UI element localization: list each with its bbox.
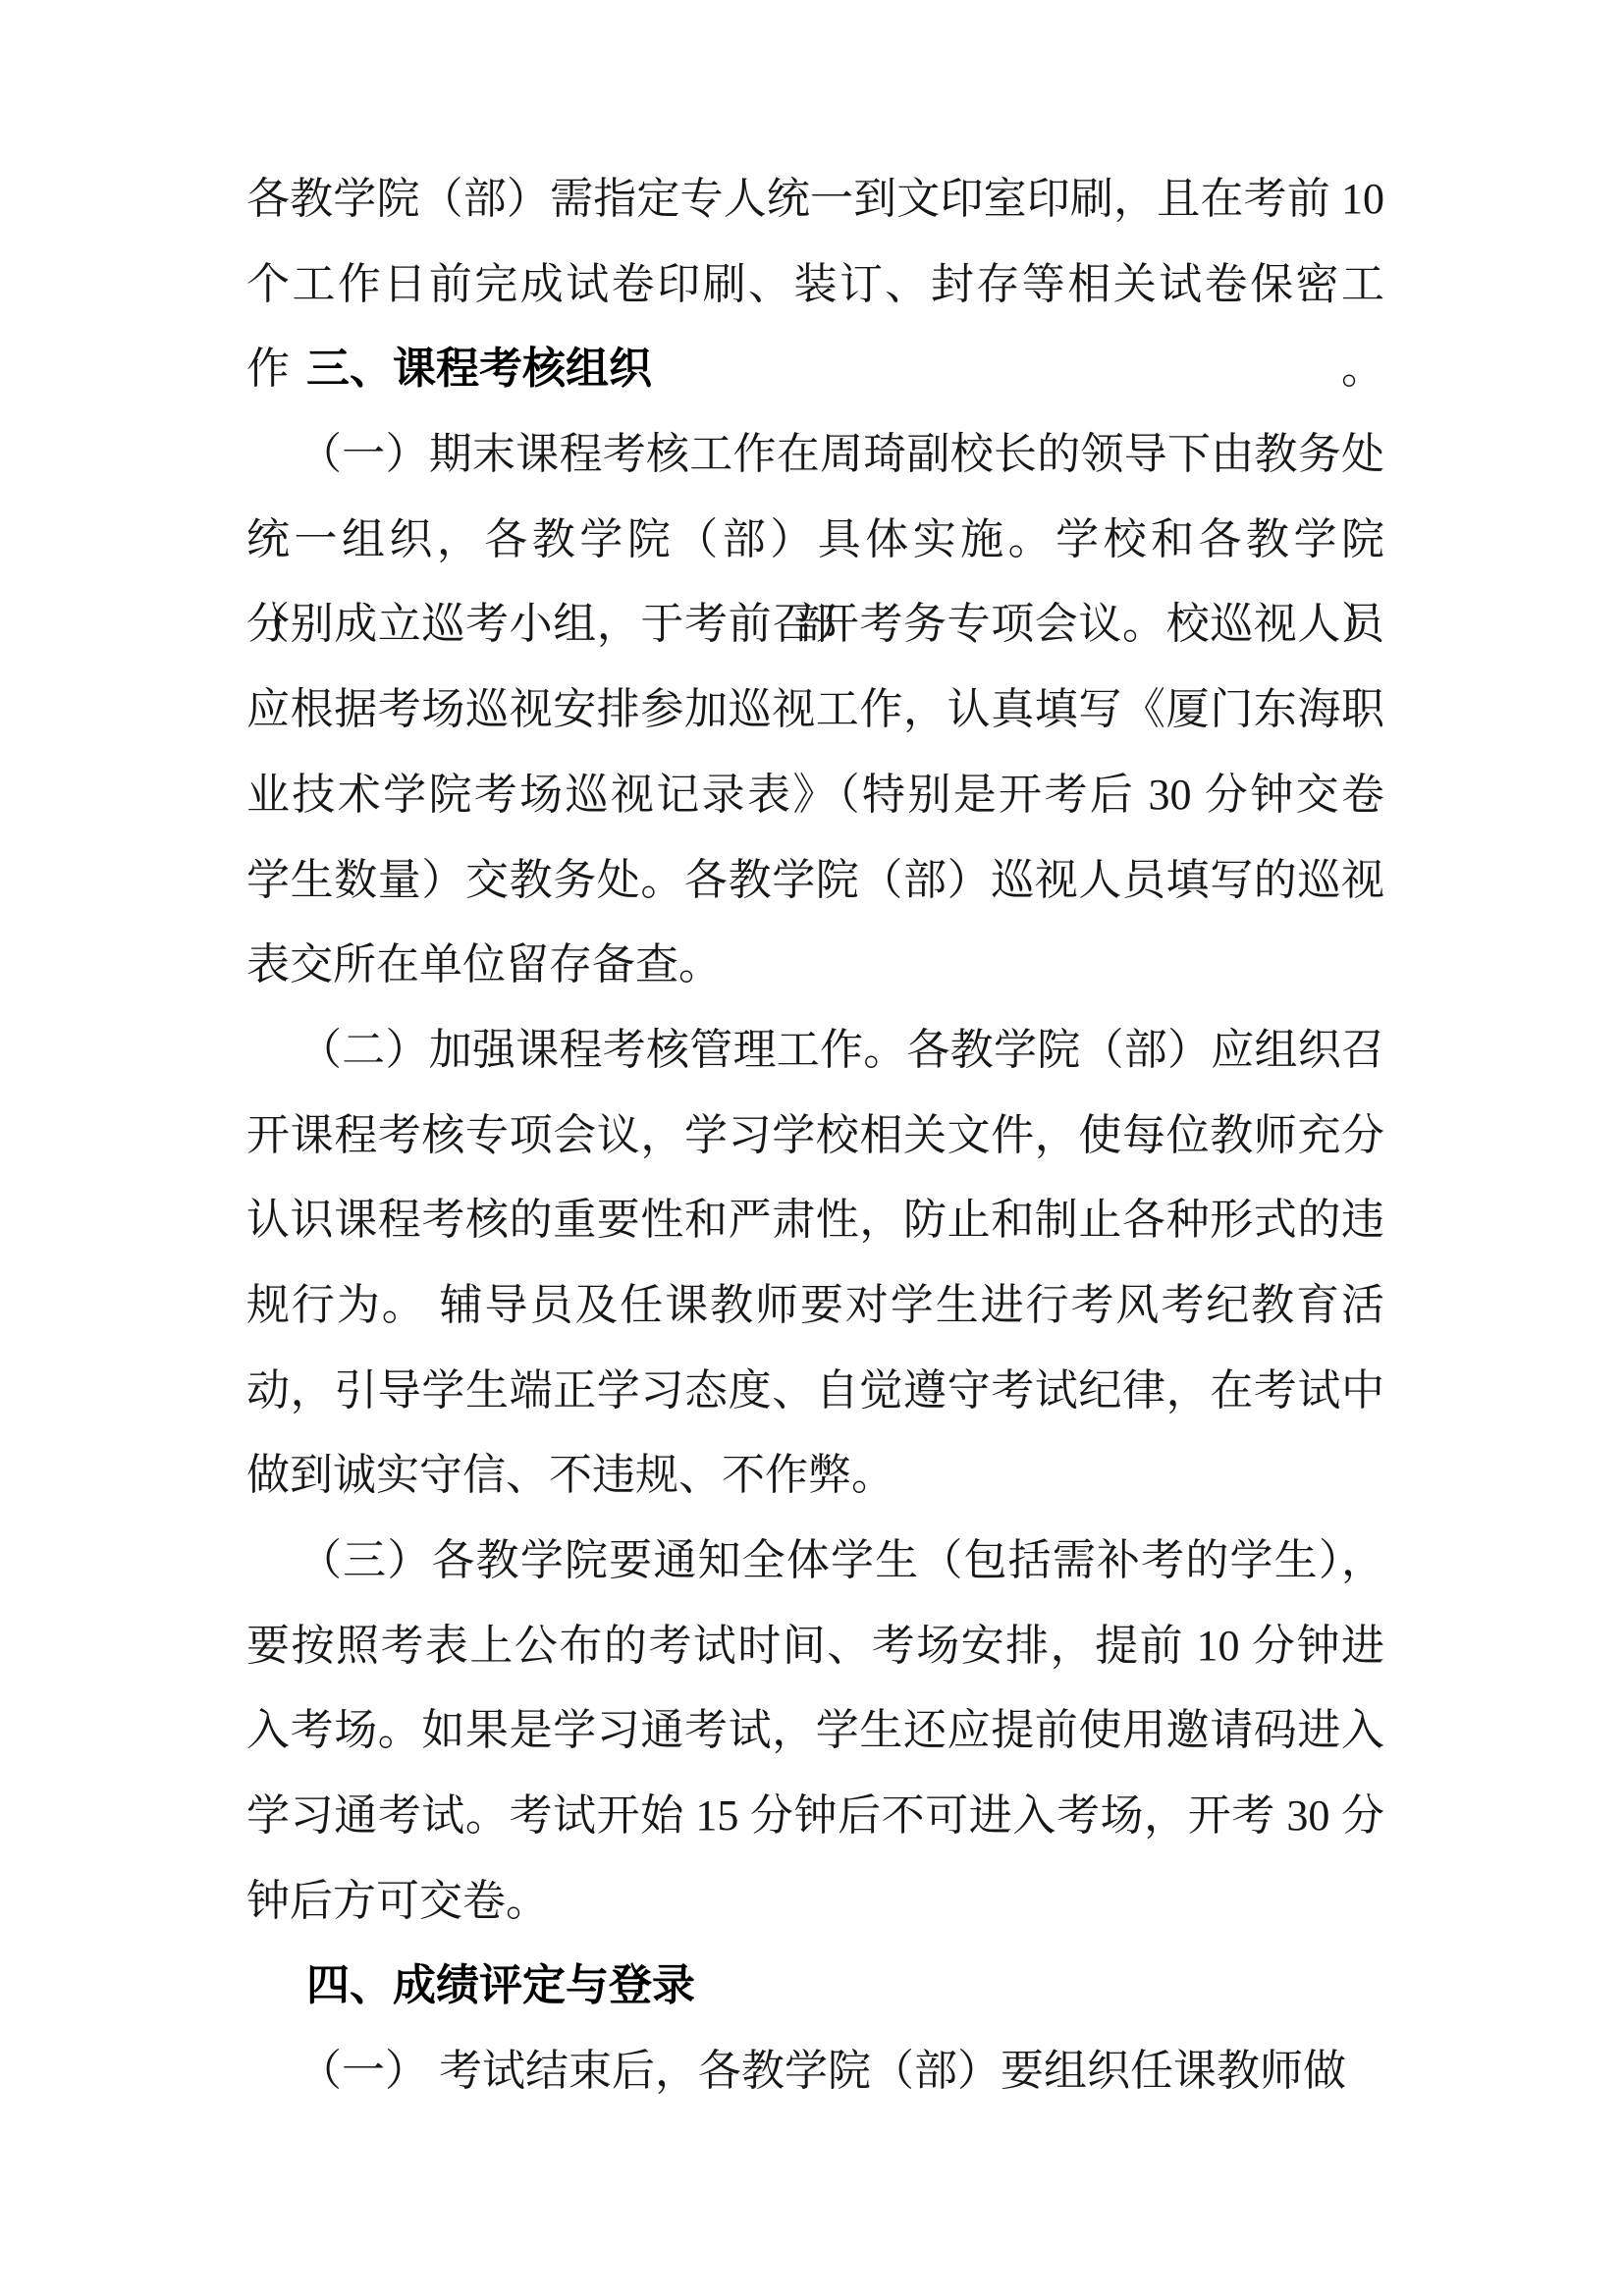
section-heading-4: 四、成绩评定与登录 [246,1944,1384,2029]
paragraph-line: 入考场。如果是学习通考试，学生还应提前使用邀请码进入 [246,1688,1384,1774]
paragraph-line: （三）各教学院要通知全体学生（包括需补考的学生）， [246,1519,1384,1604]
paragraph-line: 各教学院（部）需指定专人统一到文印室印刷，且在考前 10 [246,157,1384,242]
paragraph-line: 钟后方可交卷。 [246,1859,1384,1945]
paragraph-line: 分别成立巡考小组，于考前召开考务专项会议。校巡视人员 [246,582,1384,667]
paragraph-line: （一）期末课程考核工作在周琦副校长的领导下由教务处 [246,412,1384,498]
document-page: 各教学院（部）需指定专人统一到文印室印刷，且在考前 10 个工作日前完成试卷印刷… [0,0,1624,2296]
paragraph-line: 统一组织，各教学院（部）具体实施。学校和各教学院（部） [246,498,1384,583]
paragraph-line: （一） 考试结束后，各教学院（部）要组织任课教师做 [246,2029,1384,2114]
paragraph-line: 要按照考表上公布的考试时间、考场安排，提前 10 分钟进 [246,1604,1384,1689]
paragraph-line: 学生数量）交教务处。各教学院（部）巡视人员填写的巡视 [246,838,1384,924]
paragraph-line: 做到诚实守信、不违规、不作弊。 [246,1433,1384,1519]
paragraph-line: 学习通考试。考试开始 15 分钟后不可进入考场，开考 30 分 [246,1774,1384,1859]
paragraph-line: 业技术学院考场巡视记录表》（特别是开考后 30 分钟交卷 [246,753,1384,838]
paragraph-line: 认识课程考核的重要性和严肃性，防止和制止各种形式的违 [246,1178,1384,1263]
paragraph-line: 动，引导学生端正学习态度、自觉遵守考试纪律，在考试中 [246,1349,1384,1434]
paragraph-line: 个工作日前完成试卷印刷、装订、封存等相关试卷保密工作。 [246,242,1384,328]
paragraph-line: （二）加强课程考核管理工作。各教学院（部）应组织召 [246,1008,1384,1094]
paragraph-line: 表交所在单位留存备查。 [246,923,1384,1008]
paragraph-line: 规行为。 辅导员及任课教师要对学生进行考风考纪教育活 [246,1263,1384,1349]
document-text-block: 各教学院（部）需指定专人统一到文印室印刷，且在考前 10 个工作日前完成试卷印刷… [246,157,1384,2114]
paragraph-line: 应根据考场巡视安排参加巡视工作，认真填写《厦门东海职 [246,667,1384,753]
paragraph-line: 开课程考核专项会议，学习学校相关文件，使每位教师充分 [246,1094,1384,1179]
